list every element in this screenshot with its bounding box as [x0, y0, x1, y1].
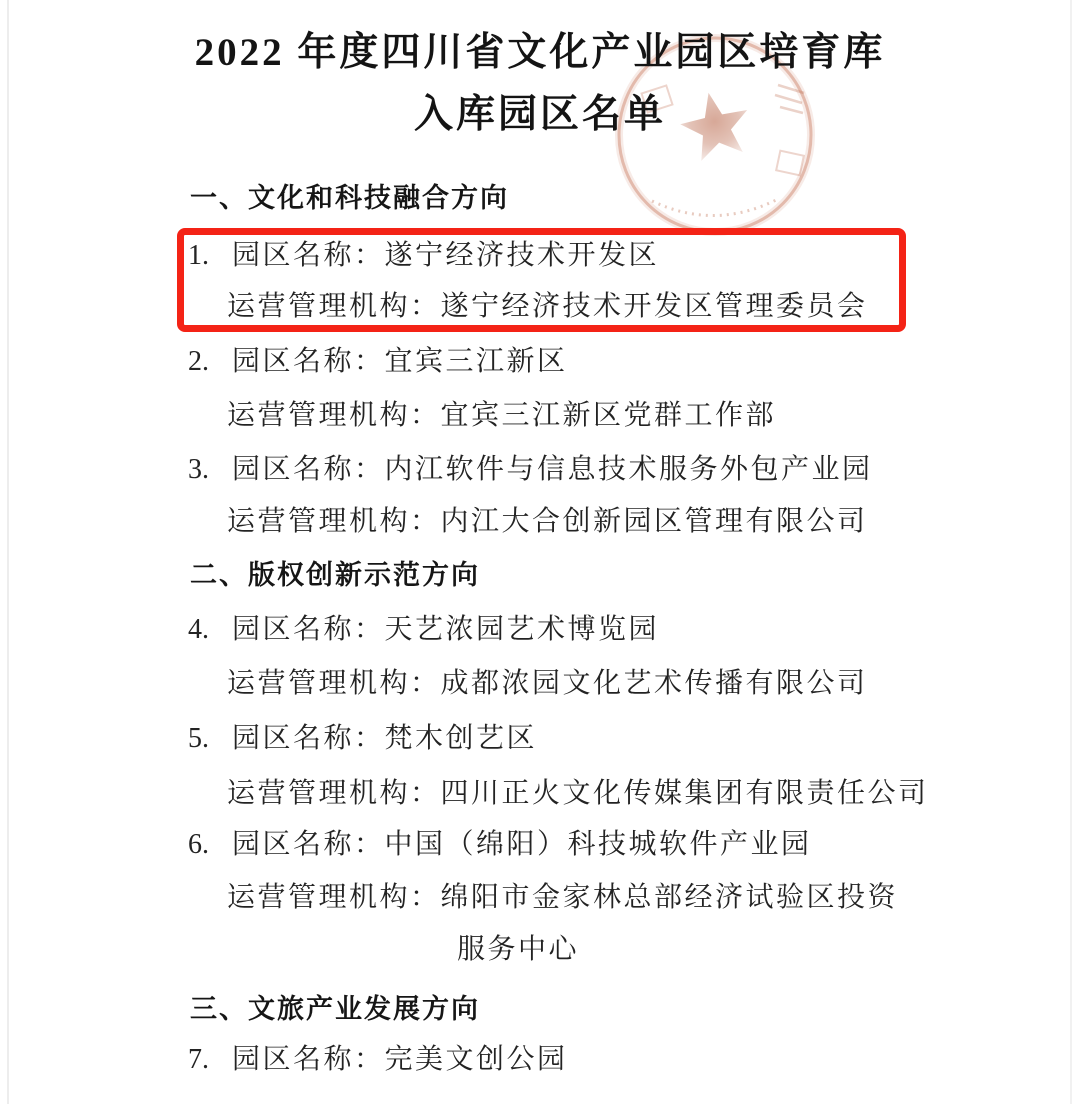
item-3-org-line: 运营管理机构：内江大合创新园区管理有限公司 [227, 505, 868, 539]
item-3-name-line: 3.园区名称：内江软件与信息技术服务外包产业园 [188, 453, 873, 487]
item-2-number: 2. [188, 345, 232, 379]
document-page: 2022 年度四川省文化产业园区培育库 入库园区名单 一、文化和科技融合方向 1… [0, 0, 1080, 1104]
item-1-number: 1. [188, 239, 232, 273]
item-3-number: 3. [188, 453, 232, 487]
doc-title-line1: 2022 年度四川省文化产业园区培育库 [0, 28, 1080, 78]
section-1-heading: 一、文化和科技融合方向 [190, 181, 509, 215]
item-6-number: 6. [188, 828, 232, 862]
item-5-org-line: 运营管理机构：四川正火文化传媒集团有限责任公司 [227, 777, 929, 811]
item-4-name-text: 园区名称：天艺浓园艺术博览园 [232, 614, 659, 645]
item-7-number: 7. [188, 1043, 232, 1077]
item-2-name-line: 2.园区名称：宜宾三江新区 [188, 345, 568, 379]
item-4-number: 4. [188, 613, 232, 647]
item-2-org-line: 运营管理机构：宜宾三江新区党群工作部 [227, 399, 776, 433]
item-4-name-line: 4.园区名称：天艺浓园艺术博览园 [188, 613, 659, 647]
page-right-edge [1070, 0, 1072, 1104]
item-6-org-line: 运营管理机构：绵阳市金家林总部经济试验区投资 [227, 881, 898, 915]
page-left-edge [7, 0, 9, 1104]
item-5-name-line: 5.园区名称：梵木创艺区 [188, 722, 537, 756]
item-1-name-text: 园区名称：遂宁经济技术开发区 [232, 240, 659, 271]
item-5-number: 5. [188, 722, 232, 756]
item-6-name-text: 园区名称：中国（绵阳）科技城软件产业园 [232, 829, 812, 860]
item-2-name-text: 园区名称：宜宾三江新区 [232, 346, 568, 377]
section-3-heading: 三、文旅产业发展方向 [190, 992, 480, 1026]
item-6-name-line: 6.园区名称：中国（绵阳）科技城软件产业园 [188, 828, 812, 862]
doc-title-line2: 入库园区名单 [0, 90, 1080, 140]
item-3-name-text: 园区名称：内江软件与信息技术服务外包产业园 [232, 454, 873, 485]
item-5-name-text: 园区名称：梵木创艺区 [232, 723, 537, 754]
item-1-name-line: 1.园区名称：遂宁经济技术开发区 [188, 239, 659, 273]
item-7-name-line: 7.园区名称：完美文创公园 [188, 1043, 568, 1077]
item-6-org-line-continued: 服务中心 [457, 933, 579, 967]
item-1-org-line: 运营管理机构：遂宁经济技术开发区管理委员会 [227, 290, 868, 324]
item-7-name-text: 园区名称：完美文创公园 [232, 1044, 568, 1075]
section-2-heading: 二、版权创新示范方向 [190, 558, 480, 592]
item-4-org-line: 运营管理机构：成都浓园文化艺术传播有限公司 [227, 667, 868, 701]
